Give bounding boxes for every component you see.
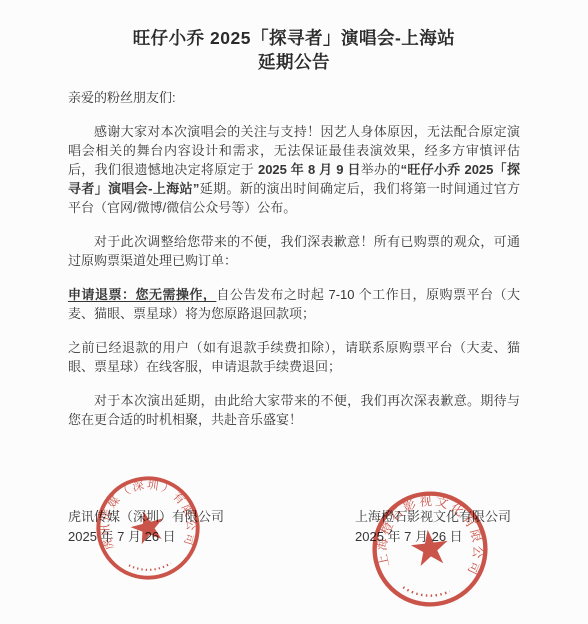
text-segment: 申请退票：您无需操作， (68, 287, 216, 302)
text-segment: 之前已经退款的用户（如有退款手续费扣除），请联系原购票平台（大麦、猫眼、票星球）… (68, 340, 520, 374)
text-segment: 2025 年 8 月 9 日 (258, 162, 361, 177)
salutation: 亲爱的粉丝朋友们: (68, 88, 520, 107)
text-segment: 对于本次演出延期，由此给大家带来的不便，我们再次深表歉意。期待与您在更合适的时机… (68, 393, 520, 427)
signature-block-left: 虎讯传媒（深圳）有限公司 2025 年 7 月 26 日 (68, 507, 224, 547)
paragraph-3-refund-notice: 申请退票：您无需操作，自公告发布之时起 7-10 个工作日，原购票平台（大麦、猫… (68, 285, 520, 323)
paragraph-4-refunded-users: 之前已经退款的用户（如有退款手续费扣除），请联系原购票平台（大麦、猫眼、票星球）… (68, 338, 520, 376)
text-segment: 举办的 (361, 162, 401, 177)
paragraph-1: 感谢大家对本次演唱会的关注与支持！因艺人身体原因，无法配合原定演唱会相关的舞台内… (68, 122, 520, 217)
company-seal-right: 上海橙石影视文化有限公司 (356, 475, 503, 622)
title-line-2: 延期公告 (68, 50, 520, 74)
text-segment: 对于此次调整给您带来的不便，我们深表歉意！所有已购票的观众，可通过原购票渠道处理… (68, 234, 520, 268)
title-line-1: 旺仔小乔 2025「探寻者」演唱会-上海站 (68, 26, 520, 50)
company-name-right: 上海橙石影视文化有限公司 (355, 507, 511, 527)
page-title: 旺仔小乔 2025「探寻者」演唱会-上海站 延期公告 (68, 26, 520, 74)
company-name-left: 虎讯传媒（深圳）有限公司 (68, 507, 224, 527)
seal-serial-dots (403, 587, 450, 597)
paragraph-5-closing: 对于本次演出延期，由此给大家带来的不便，我们再次深表歉意。期待与您在更合适的时机… (68, 391, 520, 429)
sign-date-right: 2025 年 7 月 26 日 (355, 527, 511, 547)
paragraph-2: 对于此次调整给您带来的不便，我们深表歉意！所有已购票的观众，可通过原购票渠道处理… (68, 232, 520, 270)
seal-serial-dots (129, 563, 171, 571)
signature-block-right: 上海橙石影视文化有限公司 2025 年 7 月 26 日 (355, 507, 511, 547)
sign-date-left: 2025 年 7 月 26 日 (68, 527, 224, 547)
announcement-page: 旺仔小乔 2025「探寻者」演唱会-上海站 延期公告 亲爱的粉丝朋友们: 感谢大… (0, 0, 588, 624)
